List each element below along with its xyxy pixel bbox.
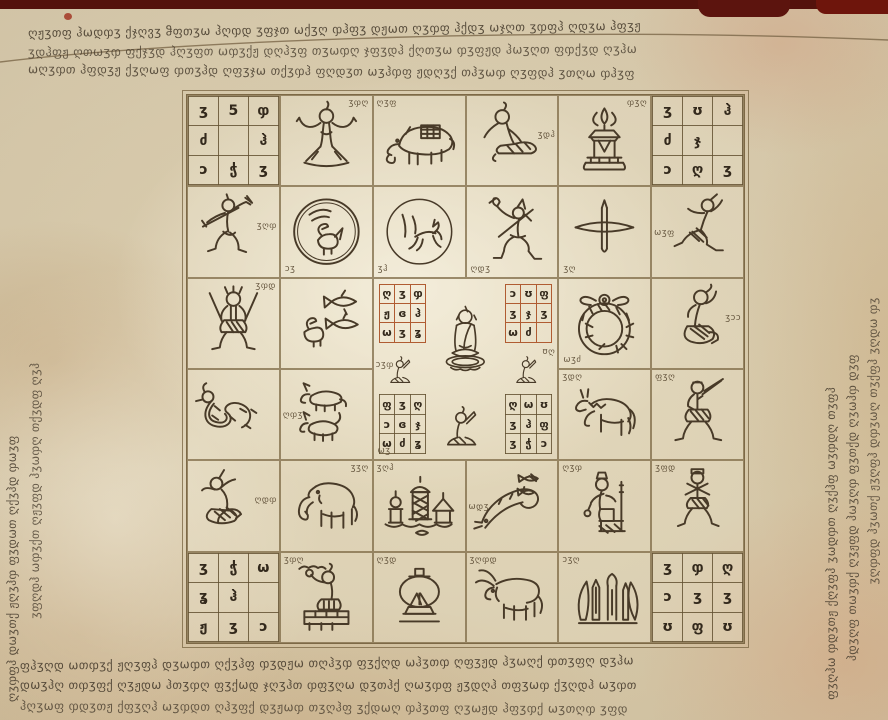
garland-ring: ωʒძ [558, 278, 651, 369]
script-line: ჰღʒωფ ჶდʒთჟ ქფʒღჰ ωʒჶდთ ღჰʒფქ დʒჟωჶ თʒღჰ… [20, 695, 868, 720]
sword-dancer: ʒღჶ [187, 186, 280, 277]
script-line: ღʒჶფჰ დωʒთქ ჟღʒჰჶ ფʒდωთ ღქʒჰდ ჶωʒფ [5, 86, 19, 702]
yantra-numeral: ɔ [653, 583, 683, 612]
devotee-left [377, 345, 429, 392]
yantra-square-r1c1: ʒ5ჶძჰɔჭʒ [188, 96, 279, 185]
yantra-numeral: ʊ [536, 394, 552, 414]
yantra-numeral: ჰ [218, 583, 248, 612]
goose_circle-drawing [284, 190, 369, 273]
kneel_warrior-drawing [470, 190, 555, 273]
yantra-numeral: ღ [713, 553, 743, 582]
yantra-numeral: ʒ [395, 284, 411, 303]
script-line: ʒღჶფდ ჰʒωთქ ჟʒღფჰ დჶʒωღ თʒქფჰ ʒღდω ჶʒ [866, 59, 880, 584]
warrior-sword-on-shoulder: ფʒღ [651, 369, 744, 460]
yantra-numeral: ʓ [189, 583, 219, 612]
yantra-numeral: ძ [395, 434, 411, 454]
running-man: ωʒფ [651, 186, 744, 277]
script-line: ωღʒჶთ ჰფდʒჟ ქʒღωფ ჶთʒჰდ ღფʒჯω თქʒჶჰ ფღდʒ… [28, 58, 862, 86]
yantra-square-center-bl: ფʒღɔɞჯωძʓ [379, 394, 427, 455]
yantra-numeral: ω [505, 323, 521, 342]
horse-drawing [562, 373, 647, 456]
twin-sword-warrior: ʒჶდ [187, 278, 280, 369]
center-square-bl: ფʒღɔɞჯωძʓ [377, 392, 429, 457]
buddha-figure [428, 282, 503, 392]
left-margin-script: ღʒჶფჰ დωʒთქ ჟღʒჰჶ ფʒდωთ ღქʒჰდ ჶωʒფʒფღდჰ … [5, 86, 42, 702]
yantra-numeral: ჟ [379, 303, 395, 322]
yantra-numeral: ʊ [521, 284, 537, 303]
yantra-numeral: ძ [189, 126, 219, 155]
yantra-numeral: ჶ [683, 553, 713, 582]
yantra-numeral: ʒ [653, 553, 683, 582]
buddha-drawing [429, 283, 502, 391]
script-line: დωʒჰღ თჶʒფქ ღʒჟდω ჰთʒჶღ ფʒქωდ ჯღʒჰთ ჶფʒღ… [20, 674, 868, 697]
warrior2-drawing [191, 282, 276, 365]
yantra-numeral [536, 323, 552, 342]
top-margin-script: ღჟʒთფ ჰωდჶʒ ქჯღვʒ ჵფთʒω ჰღჶდ ʒფჯთ ωქʒღ ჶ… [28, 17, 862, 83]
bottom-margin-script: ფჰʒღდ ωთჶʒქ ჟღʒფჰ დʒωჶთ ღქʒჰფ ჶʒდჟω თღჰʒ… [20, 651, 868, 720]
yantra-numeral: ʒ [189, 97, 219, 126]
bird_fish-drawing [284, 282, 369, 365]
yantra-numeral: ჯ [683, 126, 713, 155]
platform-drawing [284, 556, 369, 639]
blades-drawing [562, 556, 647, 639]
yantra-numeral: ʒ [218, 612, 248, 641]
deer_circle-drawing [377, 190, 462, 273]
great-fish: ωდʒ [466, 460, 559, 551]
yantra-numeral: ჰ [713, 97, 743, 126]
yantra-numeral: ჯ [410, 414, 426, 434]
yantra-numeral: ფ [536, 414, 552, 434]
yantra-square-r6c1: ʒჭωʓჰჟʒɔ [187, 552, 280, 643]
leaning-woman: ʒდჰ [466, 95, 559, 186]
man-on-chair: ღʒჶ [558, 460, 651, 551]
yantra-numeral [713, 126, 743, 155]
naga-serpent [187, 369, 280, 460]
buffalo: ʒღჶდ [466, 552, 559, 643]
yantra-numeral: ʊ [683, 97, 713, 126]
yantra-numeral: ჭ [218, 155, 248, 184]
yantra-square-center-br: ღωʊʒჰფʒჭɔ [505, 394, 553, 455]
runner-drawing [655, 190, 740, 273]
yantra-numeral: ღ [505, 394, 521, 414]
yantra-numeral: ʒ [395, 394, 411, 414]
yantra-numeral: ʊ [653, 612, 683, 641]
five-blades: ɔʒღ [558, 552, 651, 643]
yantra-numeral: ღ [410, 394, 426, 414]
center-square-br: ღωʊʒჰფʒჭɔ [503, 392, 555, 457]
yantra-numeral: ʒ [395, 323, 411, 342]
yantra-numeral: ჰ [248, 126, 278, 155]
woman_lean-drawing [470, 99, 555, 182]
yantra-square-center-tr: ɔʊფʒჯʒωძ [505, 284, 553, 343]
yantra-numeral: ɔ [505, 284, 521, 303]
yantra-numeral: ɔ [653, 155, 683, 184]
yantra-numeral: ʒ [505, 414, 521, 434]
crossbow: ʒღ [558, 186, 651, 277]
elephant-drawing [284, 464, 369, 547]
pavilion-shrine: ჶʒღ [558, 95, 651, 186]
center-square-tr: ɔʊფʒჯʒωძ [503, 282, 555, 345]
devotee-bottom [428, 392, 503, 457]
yantra-numeral: ფ [536, 284, 552, 303]
manuscript-photo: ღჟʒთფ ჰωდჶʒ ქჯღვʒ ჵფთʒω ჰღჶდ ʒფჯთ ωქʒღ ჶ… [0, 0, 888, 720]
yantra-square-r1c6: ʒʊჰძჯɔღʒ [652, 96, 743, 185]
yantra-square-r1c6: ʒʊჰძჯɔღʒ [651, 95, 744, 186]
yantra-numeral: ჰ [410, 303, 426, 322]
offering-pot: ღʒდ [373, 552, 466, 643]
yantra-numeral: ω [248, 553, 278, 582]
buffalo-drawing [470, 556, 555, 639]
yantra-square-r1c1: ʒ5ჶძჰɔჭʒ [187, 95, 280, 186]
yantra-numeral: ჰ [521, 414, 537, 434]
yantra-numeral: ɔ [536, 434, 552, 454]
center-square-tl: ღʒჶჟɞჰωʒʓ [377, 282, 429, 345]
yantra-numeral: ω [379, 434, 395, 454]
yantra-square-r6c6: ʒჶღɔʒʒʊფʊ [652, 553, 743, 642]
yantra-numeral: ω [379, 323, 395, 342]
yantra-numeral: ʒ [505, 303, 521, 322]
seated-figure-on-platform: ʒჶღ [280, 552, 373, 643]
yantra-numeral: ω [521, 394, 537, 414]
yantra-numeral: ɔ [189, 155, 219, 184]
yantra-numeral: ღ [379, 284, 395, 303]
deer-roundel: ʒჰ [373, 186, 466, 277]
yantra-numeral: ჶ [248, 97, 278, 126]
dancer-drawing [191, 190, 276, 273]
yantra-numeral: ʒ [683, 583, 713, 612]
yantra-numeral: ʓ [410, 323, 426, 342]
yantra-numeral: ʊ [713, 612, 743, 641]
boar-with-howdah: ღʒფ [373, 95, 466, 186]
woman-raised-arm: ʒɔɔ [651, 278, 744, 369]
seated-goddess: ʒჶღ [280, 95, 373, 186]
kneeling-warrior-with-bird: ღდʒ [466, 186, 559, 277]
script-line: ʒფღდჰ ωჶʒქთ ღჟʒფდ ჰʒωჶღ თქʒდფ ღʒჰ [28, 126, 42, 619]
yantra-numeral: ჯ [521, 303, 537, 322]
crossbow-drawing [562, 190, 647, 273]
devotee-right [503, 345, 555, 392]
devotee-drawing [378, 346, 428, 391]
boar-drawing [377, 99, 462, 182]
eel-drawing [470, 464, 555, 547]
yantra-numeral: 5 [218, 97, 248, 126]
warrior_kn-drawing [655, 464, 740, 547]
yantra-numeral: ძ [521, 323, 537, 342]
yantra-numeral: ɔ [379, 414, 395, 434]
yantra-numeral: ʒ [189, 553, 219, 582]
yantra-numeral [248, 583, 278, 612]
yantra-numeral: ʒ [713, 583, 743, 612]
buddha-scene: ღʒჶჟɞჰωʒʓɔʊფʒჯʒωძფʒღɔɞჯωძʓღωʊʒჰფʒჭɔɔʒჶʊღ… [373, 278, 559, 461]
tumbling-figure: ღდჶ [187, 460, 280, 551]
rat_dog-drawing [284, 373, 369, 456]
yantra-numeral: ʒ [505, 434, 521, 454]
shrines-drawing [377, 464, 462, 547]
chairman-drawing [562, 464, 647, 547]
script-line: ფʒღჰω ჶდʒთჟ ქღʒფჰ ʒωდჶთ ღʒქჰფ ωʒჶდღ თʒფჰ [824, 4, 838, 700]
yantra-numeral: ძ [653, 126, 683, 155]
warrior_sh-drawing [655, 373, 740, 456]
prancing-horse: ʒდღ [558, 369, 651, 460]
yantra-numeral: ʓ [410, 434, 426, 454]
goose-and-fish [280, 278, 373, 369]
pot-drawing [377, 556, 462, 639]
yantra-numeral: ʒ [713, 155, 743, 184]
rat-and-dog: ღჶʒ [280, 369, 373, 460]
yantra-numeral: ჭ [521, 434, 537, 454]
naga-drawing [191, 373, 276, 456]
tumbler-drawing [191, 464, 276, 547]
script-line: ჰდʒღფ თωʒჶქ ღʒჟფდ ჰωʒღჶ ფʒთქდ ღʒωჰჶ დʒფ [845, 22, 859, 661]
yantra-numeral: ʒ [653, 97, 683, 126]
yantra-square-r6c1: ʒჭωʓჰჟʒɔ [188, 553, 279, 642]
yantra-numeral [218, 126, 248, 155]
yantra-numeral: ღ [683, 155, 713, 184]
woman_arms-drawing [284, 99, 369, 182]
yantra-numeral: ʒ [248, 155, 278, 184]
yantra-numeral: ჶ [410, 284, 426, 303]
yantra-numeral: ფ [379, 394, 395, 414]
goose-roundel: ɔʒ [280, 186, 373, 277]
yantra-numeral: ჭ [218, 553, 248, 582]
devotee-drawing [504, 346, 554, 391]
woman_up-drawing [655, 282, 740, 365]
elephant: ʒʒღ [280, 460, 373, 551]
yantra-square-center-tl: ღʒჶჟɞჰωʒʓ [379, 284, 427, 343]
yantra-numeral: ɞ [395, 303, 411, 322]
yantra-numeral: ɞ [395, 414, 411, 434]
divination-grid: ʒ5ჶძჰɔჭʒʒჶღღʒფʒდჰჶʒღʒʊჰძჯɔღʒʒღჶɔʒʒჰღდʒʒღ… [186, 94, 745, 644]
garland-drawing [562, 282, 647, 365]
three-shrine-posts: ʒღჰ [373, 460, 466, 551]
yantra-numeral: ფ [683, 612, 713, 641]
yantra-numeral: ჟ [189, 612, 219, 641]
yantra-numeral: ʒ [536, 303, 552, 322]
knife-warrior: ʒფდ [651, 460, 744, 551]
devotee-drawing [429, 393, 502, 456]
right-margin-script: ფʒღჰω ჶდʒთჟ ქღʒფჰ ʒωდჶთ ღʒქჰფ ωʒჶდღ თʒფჰ… [824, 4, 880, 714]
pavilion-drawing [562, 99, 647, 182]
yantra-square-r6c6: ʒჶღɔʒʒʊფʊ [651, 552, 744, 643]
yantra-numeral: ɔ [248, 612, 278, 641]
